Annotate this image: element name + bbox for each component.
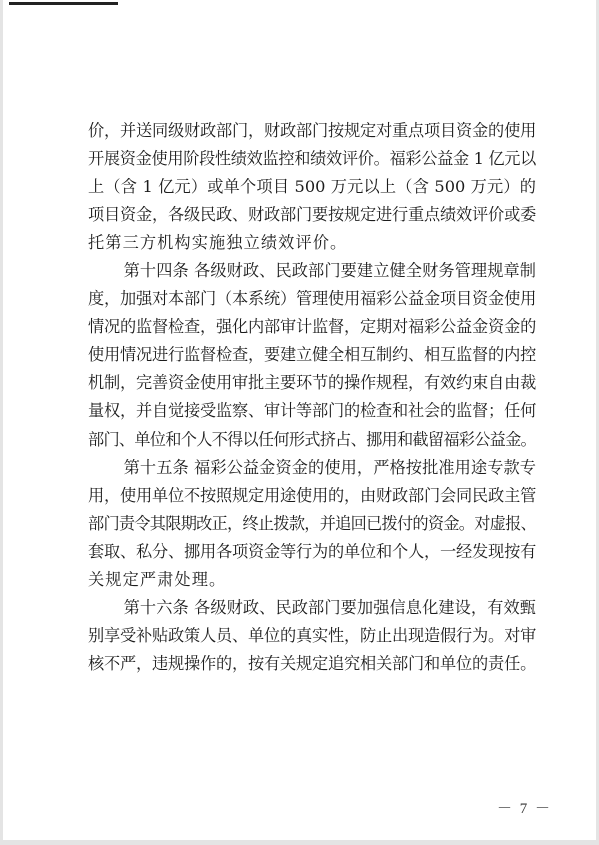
text-line: 关规定严肃处理。 (88, 566, 536, 594)
text-line: 度，加强对本部门（本系统）管理使用福彩公益金项目资金使用 (88, 285, 536, 313)
text-line: 部门、单位和个人不得以任何形式挤占、挪用和截留福彩公益金。 (88, 426, 536, 454)
article-14-paragraph: 第十四条 各级财政、民政部门要建立健全财务管理规章制 度，加强对本部门（本系统）… (88, 257, 536, 453)
text-line: 部门责令其限期改正，终止拨款，并追回已拨付的资金。对虚报、 (88, 510, 536, 538)
document-body: 价，并送同级财政部门，财政部门按规定对重点项目资金的使用 开展资金使用阶段性绩效… (88, 117, 536, 678)
article-16-paragraph: 第十六条 各级财政、民政部门要加强信息化建设，有效甄 别享受补贴政策人员、单位的… (88, 594, 536, 678)
text-line: 第十五条 福彩公益金资金的使用，严格按批准用途专款专 (88, 454, 536, 482)
text-line: 价，并送同级财政部门，财政部门按规定对重点项目资金的使用 (88, 117, 536, 145)
text-line: 量权，并自觉接受监察、审计等部门的检查和社会的监督；任何 (88, 397, 536, 425)
text-line: 机制，完善资金使用审批主要环节的操作规程，有效约束自由裁 (88, 369, 536, 397)
text-line: 套取、私分、挪用各项资金等行为的单位和个人，一经发现按有 (88, 538, 536, 566)
text-line: 第十四条 各级财政、民政部门要建立健全财务管理规章制 (88, 257, 536, 285)
text-line: 情况的监督检查，强化内部审计监督，定期对福彩公益金资金的 (88, 313, 536, 341)
article-15-paragraph: 第十五条 福彩公益金资金的使用，严格按批准用途专款专 用，使用单位不按照规定用途… (88, 454, 536, 594)
page-number: － 7 － (497, 797, 552, 818)
scan-edge-line (9, 2, 118, 5)
text-line: 别享受补贴政策人员、单位的真实性，防止出现造假行为。对审 (88, 622, 536, 650)
text-line: 用，使用单位不按照规定用途使用的，由财政部门会同民政主管 (88, 482, 536, 510)
text-line: 上（含 1 亿元）或单个项目 500 万元以上（含 500 万元）的 (88, 173, 536, 201)
text-line: 第十六条 各级财政、民政部门要加强信息化建设，有效甄 (88, 594, 536, 622)
text-line: 开展资金使用阶段性绩效监控和绩效评价。福彩公益金 1 亿元以 (88, 145, 536, 173)
text-line: 核不严，违规操作的，按有关规定追究相关部门和单位的责任。 (88, 650, 536, 678)
paragraph-continuation: 价，并送同级财政部门，财政部门按规定对重点项目资金的使用 开展资金使用阶段性绩效… (88, 117, 536, 257)
document-page: 价，并送同级财政部门，财政部门按规定对重点项目资金的使用 开展资金使用阶段性绩效… (3, 0, 596, 840)
text-line: 托第三方机构实施独立绩效评价。 (88, 229, 536, 257)
text-line: 使用情况进行监督检查，要建立健全相互制约、相互监督的内控 (88, 341, 536, 369)
text-line: 项目资金，各级民政、财政部门要按规定进行重点绩效评价或委 (88, 201, 536, 229)
